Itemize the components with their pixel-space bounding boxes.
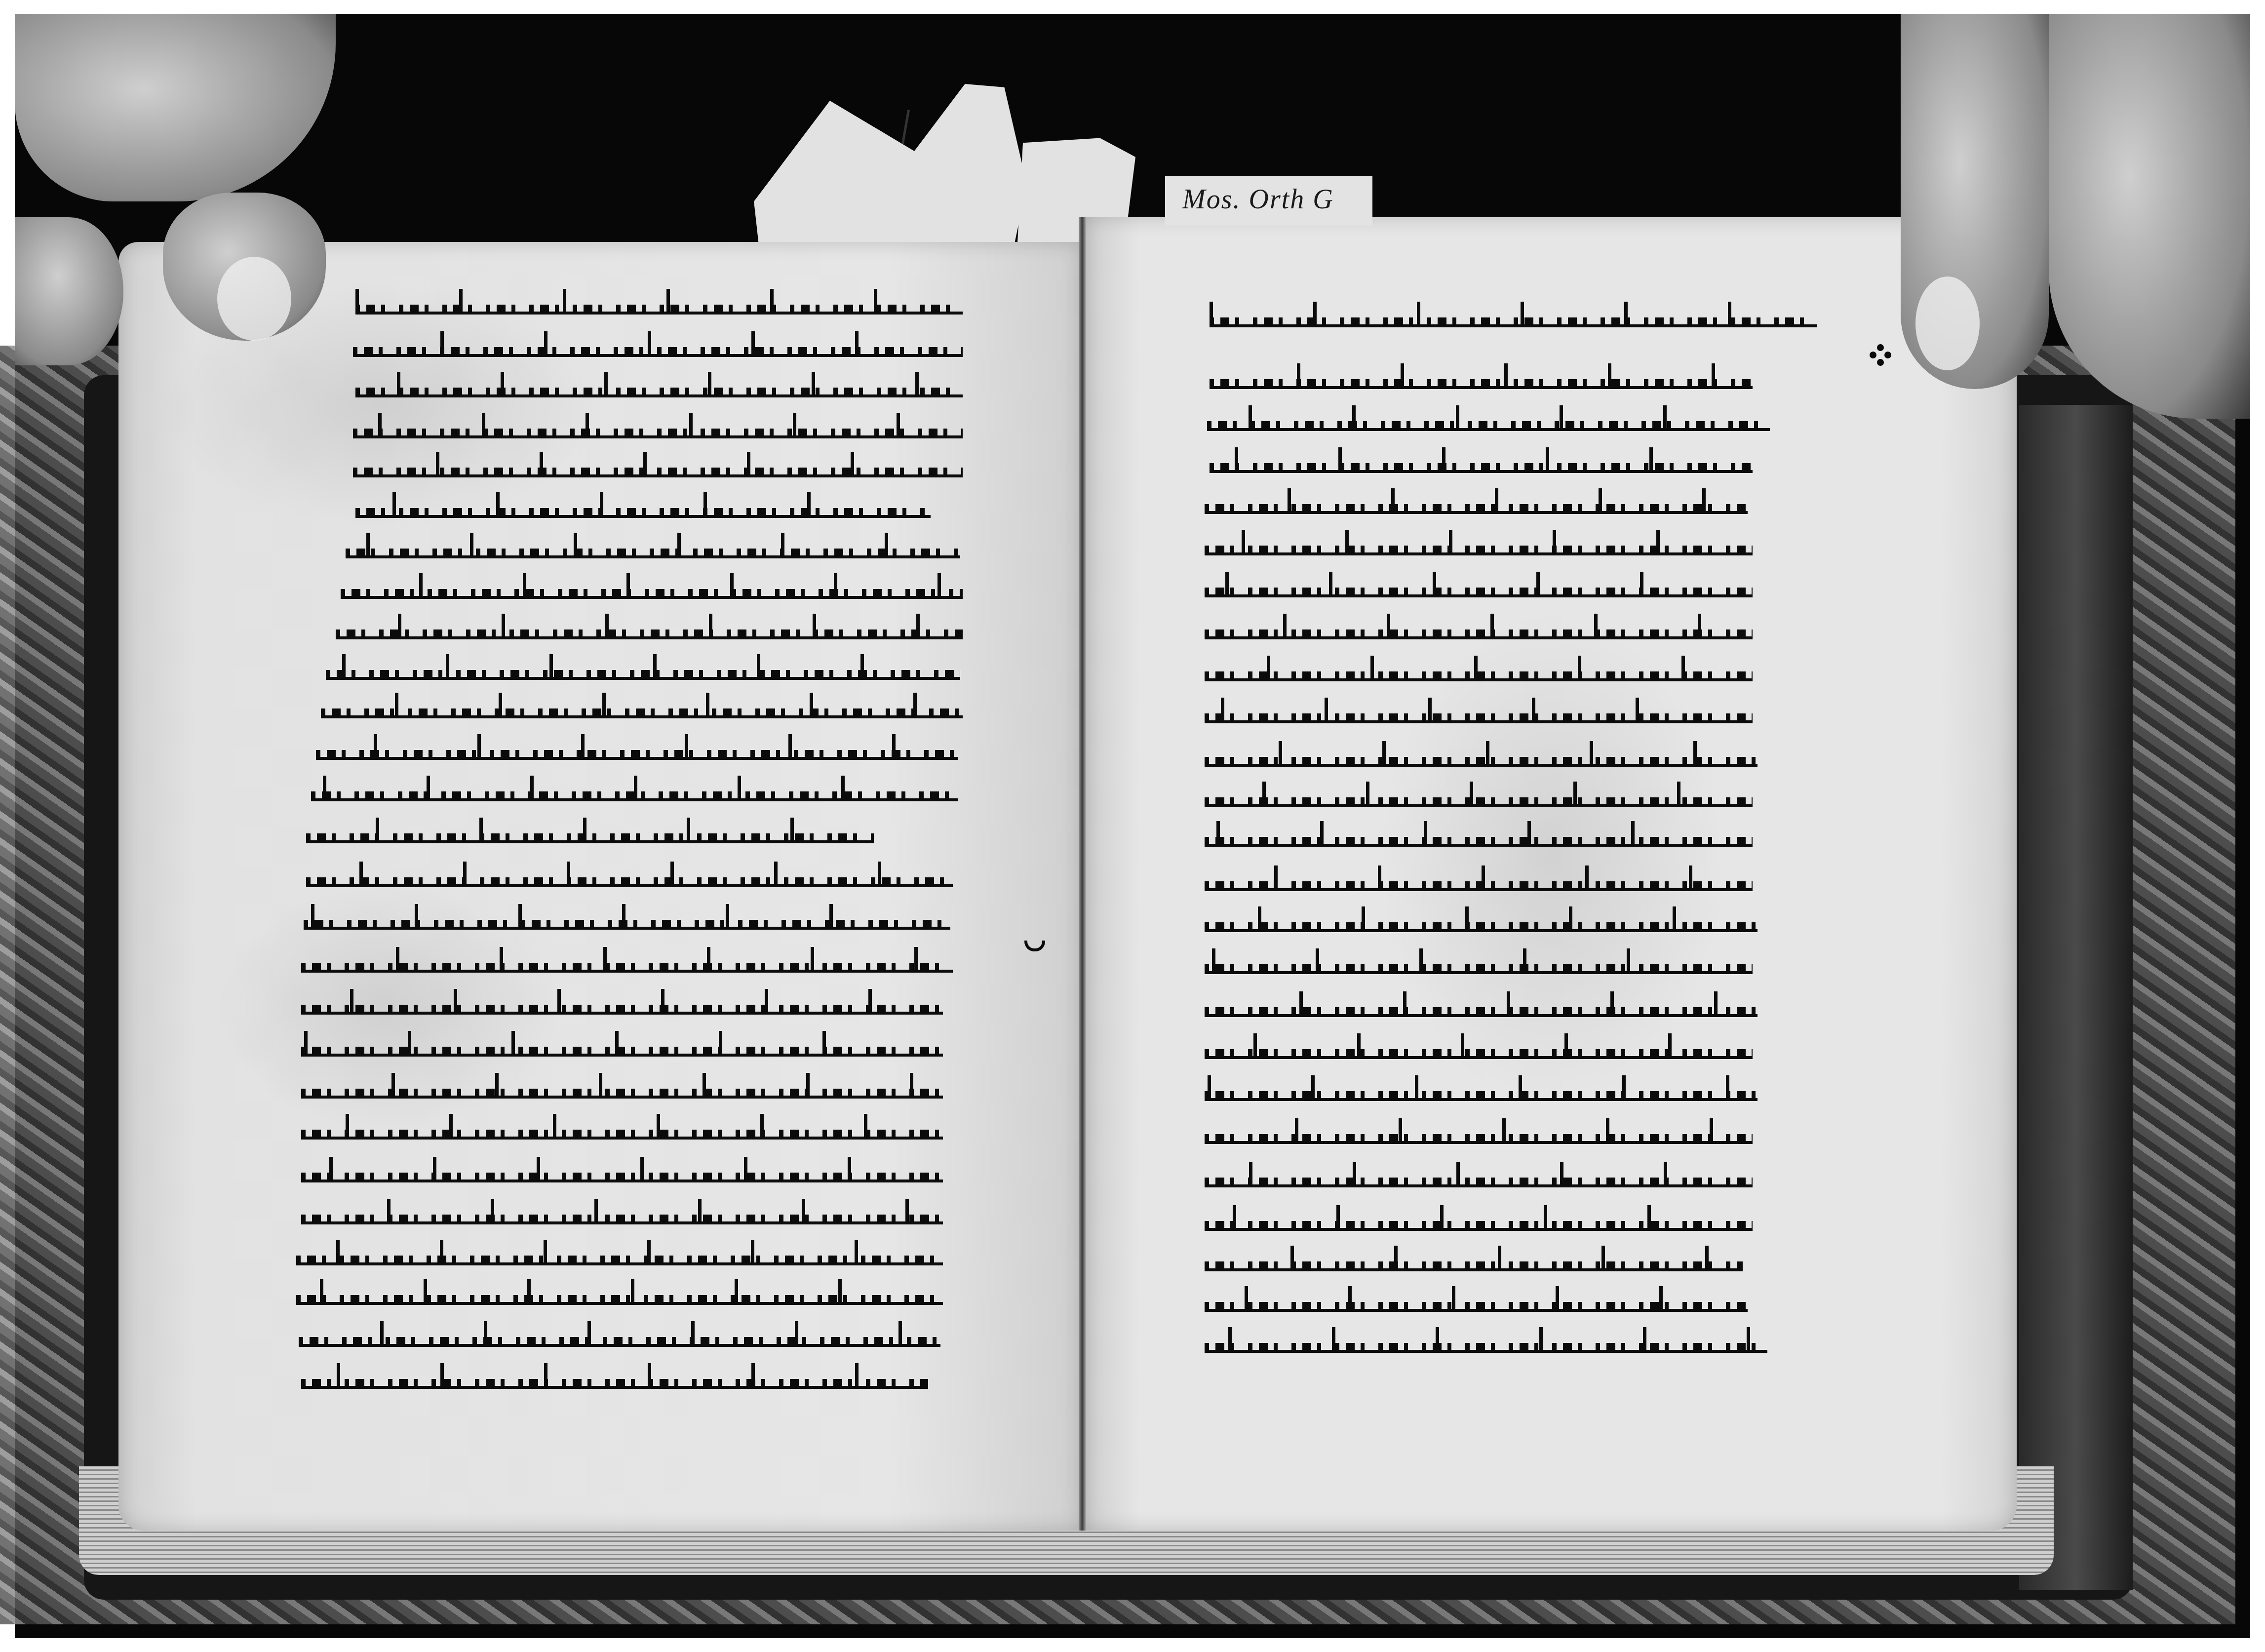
ink-ascender (544, 1240, 547, 1262)
ink-strokes (1205, 625, 1753, 639)
ink-ascender (527, 1279, 531, 1302)
ink-ascender (689, 413, 693, 435)
script-line (1205, 917, 1757, 932)
ink-ascender (774, 862, 778, 884)
script-line (311, 787, 958, 801)
ink-ascender (1627, 948, 1630, 971)
script-line (296, 1251, 943, 1265)
ink-ascender (1663, 405, 1667, 428)
ink-ascender (1747, 1327, 1750, 1350)
ink-ascender (864, 1114, 867, 1137)
ink-ascender (1536, 572, 1540, 594)
script-line (1205, 752, 1757, 767)
script-line (301, 1084, 943, 1099)
ink-strokes (1205, 1173, 1753, 1187)
ink-ascender (1242, 530, 1245, 552)
ink-ascender (640, 1157, 644, 1180)
script-line (306, 872, 953, 887)
ink-ascender (433, 1157, 436, 1180)
ink-ascender (380, 1321, 384, 1344)
ink-ascender (1643, 1327, 1646, 1350)
ink-ascender (1419, 948, 1423, 971)
ink-ascender (1452, 1286, 1455, 1309)
ink-ascender (626, 573, 630, 596)
script-line (304, 915, 950, 930)
ink-ascender (1631, 821, 1635, 844)
ink-strokes (296, 1251, 943, 1265)
ink-ascender (868, 989, 872, 1012)
ink-ascender (765, 989, 768, 1012)
ink-ascender (1348, 1286, 1352, 1309)
ink-ascender (604, 372, 608, 394)
ink-strokes (1205, 1257, 1743, 1271)
ink-ascender (1507, 991, 1510, 1014)
ink-ascender (1249, 405, 1252, 428)
ink-ascender (1325, 698, 1328, 720)
ink-ascender (687, 818, 690, 840)
ink-ascender (719, 1031, 722, 1054)
script-line (1205, 959, 1753, 974)
ink-ascender (1288, 488, 1291, 511)
ink-ascender (661, 989, 664, 1012)
ink-ascender (1456, 405, 1459, 428)
ink-ascender (530, 776, 534, 798)
ink-ascender (892, 734, 896, 757)
ink-ascender (1228, 1327, 1232, 1350)
ink-ascender (496, 492, 500, 515)
ink-ascender (544, 1363, 547, 1386)
ink-ascender (1601, 1246, 1605, 1268)
ink-ascender (374, 734, 377, 757)
ink-ascender (1519, 1075, 1522, 1098)
ink-ascender (885, 533, 888, 555)
ink-ascender (1705, 1246, 1709, 1268)
ink-strokes (1205, 832, 1753, 847)
ink-ascender (320, 1279, 323, 1302)
ink-ascender (735, 1279, 738, 1302)
ink-ascender (501, 372, 504, 394)
ink-ascender (707, 947, 710, 970)
ink-ascender (738, 776, 741, 798)
ink-ascender (537, 1157, 540, 1180)
ink-ascender (1578, 656, 1581, 678)
ink-ascender (1560, 1162, 1563, 1184)
ink-ascender (898, 1321, 902, 1344)
ink-ascender (1474, 656, 1478, 678)
right-hand-fingers (2049, 14, 2250, 419)
ink-ascender (1401, 363, 1404, 386)
ink-ascender (744, 1157, 747, 1180)
ink-ascender (1212, 948, 1215, 971)
ink-ascender (1461, 1033, 1464, 1056)
ink-ascender (1399, 1118, 1402, 1141)
ink-ascender (1262, 782, 1266, 804)
thumbnail (1915, 276, 1980, 370)
ink-ascender (1235, 447, 1238, 470)
ink-ascender (1573, 782, 1577, 804)
ink-ascender (1532, 698, 1535, 720)
script-line (1205, 1257, 1743, 1271)
ink-ascender (446, 654, 449, 677)
ink-strokes (1205, 667, 1753, 681)
ink-strokes (353, 342, 963, 357)
ink-ascender (518, 904, 522, 927)
script-line (1205, 1002, 1757, 1017)
ink-ascender (829, 904, 833, 927)
ink-ascender (1424, 821, 1427, 844)
ink-ascender (587, 1321, 591, 1344)
ink-ascender (574, 533, 577, 555)
ink-ascender (615, 1031, 619, 1054)
ink-ascender (1295, 1118, 1298, 1141)
script-line (1205, 667, 1753, 681)
ink-ascender (726, 904, 729, 927)
ink-ascender (436, 452, 439, 474)
ink-ascender (1681, 656, 1685, 678)
ink-strokes (301, 1000, 943, 1015)
ink-strokes (1210, 374, 1753, 389)
script-line (1205, 1173, 1753, 1187)
ink-ascender (822, 1031, 826, 1054)
script-line (1205, 792, 1753, 807)
script-line (1207, 416, 1770, 431)
water-stain (1380, 612, 1725, 1106)
ink-ascender (1527, 821, 1531, 844)
ink-ascender (760, 1114, 764, 1137)
ink-ascender (378, 413, 382, 435)
ink-strokes (353, 463, 963, 477)
ink-ascender (653, 654, 657, 677)
ink-ascender (1564, 1033, 1568, 1056)
ink-ascender (916, 614, 920, 636)
script-line (1205, 876, 1753, 891)
ink-ascender (1728, 302, 1731, 324)
ink-ascender (677, 533, 681, 555)
script-line (301, 1374, 928, 1389)
ink-ascender (802, 1199, 805, 1221)
ink-ascender (1345, 530, 1349, 552)
ink-ascender (1221, 698, 1224, 720)
ink-ascender (1585, 865, 1589, 888)
ink-ascender (1338, 447, 1342, 470)
ink-ascender (463, 862, 467, 884)
ink-ascender (905, 1199, 909, 1221)
ink-ascender (398, 614, 401, 636)
ink-strokes (301, 1168, 943, 1182)
script-line (1205, 1044, 1753, 1059)
ink-strokes (353, 424, 963, 438)
ink-ascender (1502, 1118, 1506, 1141)
shelfmark-text: Mos. Orth G (1182, 184, 1334, 215)
script-line (353, 463, 963, 477)
ink-ascender (1336, 1205, 1340, 1228)
ink-ascender (1470, 782, 1473, 804)
ink-ascender (1436, 1327, 1439, 1350)
ink-ascender (563, 289, 566, 312)
ink-ascender (851, 452, 854, 474)
ink-strokes (1205, 1338, 1767, 1353)
ink-ascender (540, 452, 543, 474)
ink-ascender (359, 862, 363, 884)
ink-ascender (691, 1321, 695, 1344)
ink-ascender (500, 947, 503, 970)
ink-ascender (1216, 821, 1220, 844)
script-line (296, 1290, 943, 1305)
script-line (353, 424, 963, 438)
ink-ascender (1299, 991, 1303, 1014)
ink-ascender (631, 1279, 634, 1302)
ink-ascender (910, 1073, 913, 1096)
ink-ascender (502, 614, 505, 636)
ink-ascender (1370, 656, 1374, 678)
ink-ascender (1714, 991, 1718, 1014)
ink-strokes (1205, 499, 1748, 514)
ink-strokes (299, 1332, 940, 1347)
ink-strokes (355, 383, 963, 397)
ink-ascender (1267, 656, 1270, 678)
ink-ascender (1465, 906, 1469, 929)
ink-ascender (594, 1199, 598, 1221)
ink-ascender (1290, 1246, 1294, 1268)
ink-ascender (424, 1279, 427, 1302)
ink-ascender (811, 947, 814, 970)
ink-ascender (647, 1240, 651, 1262)
ink-ascender (1693, 741, 1697, 764)
ink-ascender (419, 573, 423, 596)
ink-ascender (1726, 1075, 1729, 1098)
section-ornament-icon (1870, 344, 1891, 366)
ink-ascender (396, 947, 399, 970)
ink-ascender (376, 818, 379, 840)
ink-ascender (1357, 1033, 1361, 1056)
ink-ascender (897, 413, 900, 435)
ink-ascender (350, 989, 353, 1012)
ink-ascender (586, 413, 589, 435)
script-line (1205, 1216, 1753, 1231)
script-line (355, 383, 963, 397)
script-line (1210, 374, 1753, 389)
ink-ascender (1313, 302, 1317, 324)
script-line (301, 958, 953, 973)
ink-ascender (1640, 572, 1643, 594)
ink-ascender (355, 289, 359, 312)
ink-ascender (1440, 1205, 1444, 1228)
ink-ascender (1610, 991, 1614, 1014)
script-line (301, 1000, 943, 1015)
ink-ascender (914, 947, 918, 970)
ink-ascender (1362, 906, 1365, 929)
ink-ascender (1417, 302, 1420, 324)
ink-ascender (1311, 1075, 1315, 1098)
ink-ascender (810, 693, 813, 715)
ink-strokes (1205, 1216, 1753, 1231)
ink-ascender (1636, 698, 1639, 720)
ink-ascender (1283, 614, 1287, 636)
ink-ascender (408, 1031, 411, 1054)
ink-ascender (1606, 1118, 1609, 1141)
thumbnail (217, 257, 291, 341)
ink-ascender (648, 331, 651, 354)
ink-ascender (1544, 1205, 1547, 1228)
ink-ascender (1253, 1033, 1257, 1056)
ink-ascender (1486, 741, 1489, 764)
ink-strokes (316, 745, 958, 760)
ink-strokes (301, 1210, 943, 1224)
ink-ascender (479, 818, 483, 840)
ink-ascender (1712, 363, 1715, 386)
ink-strokes (1205, 1002, 1757, 1017)
ink-ascender (751, 1240, 754, 1262)
ink-ascender (841, 776, 845, 798)
ink-ascender (685, 734, 688, 757)
ink-ascender (440, 1240, 443, 1262)
ink-ascender (449, 1114, 453, 1137)
ink-ascender (1442, 447, 1445, 470)
ink-ascender (1490, 614, 1494, 636)
ink-ascender (549, 654, 553, 677)
ink-ascender (1560, 405, 1563, 428)
ink-strokes (1210, 313, 1817, 327)
ink-ascender (440, 1363, 444, 1386)
ink-ascender (1352, 405, 1356, 428)
ink-ascender (1523, 948, 1526, 971)
script-line (1205, 1297, 1748, 1312)
ink-ascender (470, 533, 473, 555)
ink-ascender (848, 1157, 851, 1180)
ink-ascender (1702, 488, 1706, 511)
ink-strokes (301, 1084, 943, 1099)
ink-ascender (698, 1199, 702, 1221)
ink-ascender (1495, 488, 1498, 511)
ink-ascender (751, 331, 755, 354)
ink-strokes (301, 1125, 943, 1140)
ink-ascender (1659, 1286, 1663, 1309)
script-line (301, 1168, 943, 1182)
ink-ascender (1433, 572, 1436, 594)
ink-strokes (326, 665, 960, 680)
ink-strokes (355, 300, 963, 315)
script-line (1210, 313, 1817, 327)
script-line (1210, 458, 1753, 473)
ink-ascender (1415, 1075, 1418, 1098)
ink-strokes (296, 1290, 943, 1305)
script-line (353, 342, 963, 357)
left-hand-palm (15, 217, 123, 365)
script-line (341, 584, 963, 599)
ink-strokes (1205, 1297, 1748, 1312)
ink-ascender (1382, 741, 1386, 764)
ink-ascender (1649, 447, 1653, 470)
ink-ascender (1403, 991, 1406, 1014)
script-line (355, 503, 931, 518)
ink-ascender (342, 654, 346, 677)
ink-ascender (1689, 865, 1692, 888)
script-line (1205, 1338, 1767, 1353)
ink-ascender (602, 693, 606, 715)
ink-ascender (1249, 1162, 1252, 1184)
book-spine-edge (2019, 405, 2133, 1590)
ink-strokes (306, 828, 874, 843)
ink-ascender (605, 614, 609, 636)
ink-ascender (643, 452, 647, 474)
ink-ascender (311, 904, 314, 927)
ink-ascender (397, 372, 400, 394)
ink-ascender (1622, 1075, 1626, 1098)
ink-ascender (795, 1321, 798, 1344)
ink-ascender (1391, 488, 1395, 511)
ink-ascender (459, 289, 463, 312)
ink-ascender (337, 1363, 340, 1386)
ink-strokes (321, 704, 963, 718)
ink-ascender (1594, 614, 1598, 636)
right-page (1084, 217, 2017, 1531)
ink-ascender (346, 1114, 349, 1137)
script-line (1205, 499, 1748, 514)
ink-ascender (1378, 865, 1381, 888)
ink-ascender (484, 1321, 487, 1344)
ink-ascender (1569, 906, 1572, 929)
ink-strokes (1205, 876, 1753, 891)
ink-ascender (491, 1199, 494, 1221)
ink-ascender (657, 1114, 660, 1137)
ink-ascender (703, 1073, 706, 1096)
ink-ascender (1225, 572, 1229, 594)
ink-ascender (1656, 530, 1660, 552)
ink-ascender (793, 413, 796, 435)
ink-ascender (648, 1363, 651, 1386)
ink-ascender (834, 573, 837, 596)
ink-strokes (341, 584, 963, 599)
ink-ascender (1320, 821, 1324, 844)
ink-ascender (1279, 741, 1282, 764)
ink-ascender (747, 452, 750, 474)
ink-strokes (336, 625, 963, 639)
ink-strokes (1205, 541, 1753, 555)
ink-ascender (395, 693, 398, 715)
ink-ascender (813, 614, 816, 636)
ink-ascender (440, 331, 444, 354)
ink-ascender (581, 734, 585, 757)
ink-ascender (708, 372, 711, 394)
ink-ascender (1258, 906, 1261, 929)
ink-ascender (730, 573, 734, 596)
ink-ascender (1677, 782, 1680, 804)
ink-ascender (415, 904, 418, 927)
ink-ascender (855, 1240, 858, 1262)
ink-ascender (1556, 1286, 1559, 1309)
ink-ascender (1546, 447, 1549, 470)
ink-ascender (557, 989, 561, 1012)
ink-ascender (1297, 363, 1300, 386)
ink-strokes (1205, 792, 1753, 807)
ink-ascender (1553, 530, 1556, 552)
ink-ascender (1274, 865, 1278, 888)
ink-ascender (495, 1073, 499, 1096)
ink-strokes (346, 544, 960, 558)
ink-ascender (1673, 906, 1676, 929)
ink-ascender (1329, 572, 1332, 594)
ink-ascender (703, 492, 707, 515)
ink-strokes (1205, 1086, 1757, 1101)
script-line (316, 745, 958, 760)
script-line (301, 1210, 943, 1224)
ink-ascender (788, 734, 792, 757)
ink-ascender (860, 654, 864, 677)
ink-ascender (937, 573, 941, 596)
script-line (1205, 541, 1753, 555)
ink-ascender (1449, 530, 1452, 552)
ink-ascender (553, 1114, 556, 1137)
